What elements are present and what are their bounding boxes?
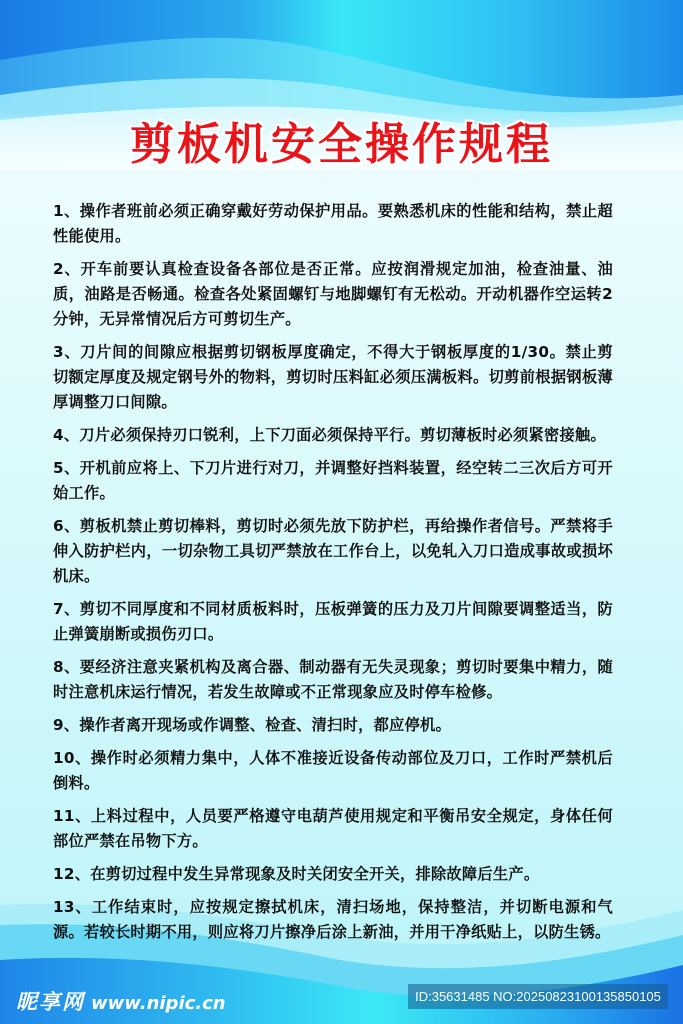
watermark-brand: 昵享网 bbox=[16, 986, 85, 1016]
rule-item: 5、开机前应将上、下刀片进行对刀，并调整好挡料装置，经空转二三次后方可开始工作。 bbox=[53, 456, 613, 506]
watermark-logo: 昵享网 www.nipic.cn bbox=[16, 986, 226, 1016]
rule-item: 7、剪切不同厚度和不同材质板料时，压板弹簧的压力及刀片间隙要调整适当，防止弹簧崩… bbox=[53, 597, 613, 647]
rule-item: 3、刀片间的间隙应根据剪切钢板厚度确定，不得大于钢板厚度的1/30。禁止剪切额定… bbox=[53, 340, 613, 415]
rule-item: 11、上料过程中，人员要严格遵守电葫芦使用规定和平衡吊安全规定，身体任何部位严禁… bbox=[53, 804, 613, 854]
rule-item: 2、开车前要认真检查设备各部位是否正常。应按润滑规定加油，检查油量、油质，油路是… bbox=[53, 257, 613, 332]
rule-item: 1、操作者班前必须正确穿戴好劳动保护用品。要熟悉机床的性能和结构，禁止超性能使用… bbox=[53, 199, 613, 249]
rule-item: 12、在剪切过程中发生异常现象及时关闭安全开关，排除故障后生产。 bbox=[53, 862, 613, 887]
rule-item: 6、剪板机禁止剪切棒料，剪切时必须先放下防护栏，再给操作者信号。严禁将手伸入防护… bbox=[53, 514, 613, 589]
rule-item: 10、操作时必须精力集中，人体不准接近设备传动部位及刀口，工作时严禁机后倒料。 bbox=[53, 746, 613, 796]
page-title: 剪板机安全操作规程 bbox=[0, 108, 683, 172]
rule-item: 8、要经济注意夹紧机构及离合器、制动器有无失灵现象；剪切时要集中精力，随时注意机… bbox=[53, 655, 613, 705]
watermark-id-badge: ID:35631485 NO:20250823100135850105 bbox=[408, 984, 668, 1009]
rule-item: 13、工作结束时，应按规定擦拭机床，清扫场地，保持整洁，并切断电源和气源。若较长… bbox=[53, 895, 613, 945]
rule-item: 4、刀片必须保持刃口锐利，上下刀面必须保持平行。剪切薄板时必须紧密接触。 bbox=[53, 423, 613, 448]
rule-item: 9、操作者离开现场或作调整、检查、清扫时，都应停机。 bbox=[53, 713, 613, 738]
watermark-url: www.nipic.cn bbox=[91, 993, 226, 1014]
rules-list: 1、操作者班前必须正确穿戴好劳动保护用品。要熟悉机床的性能和结构，禁止超性能使用… bbox=[53, 199, 613, 953]
